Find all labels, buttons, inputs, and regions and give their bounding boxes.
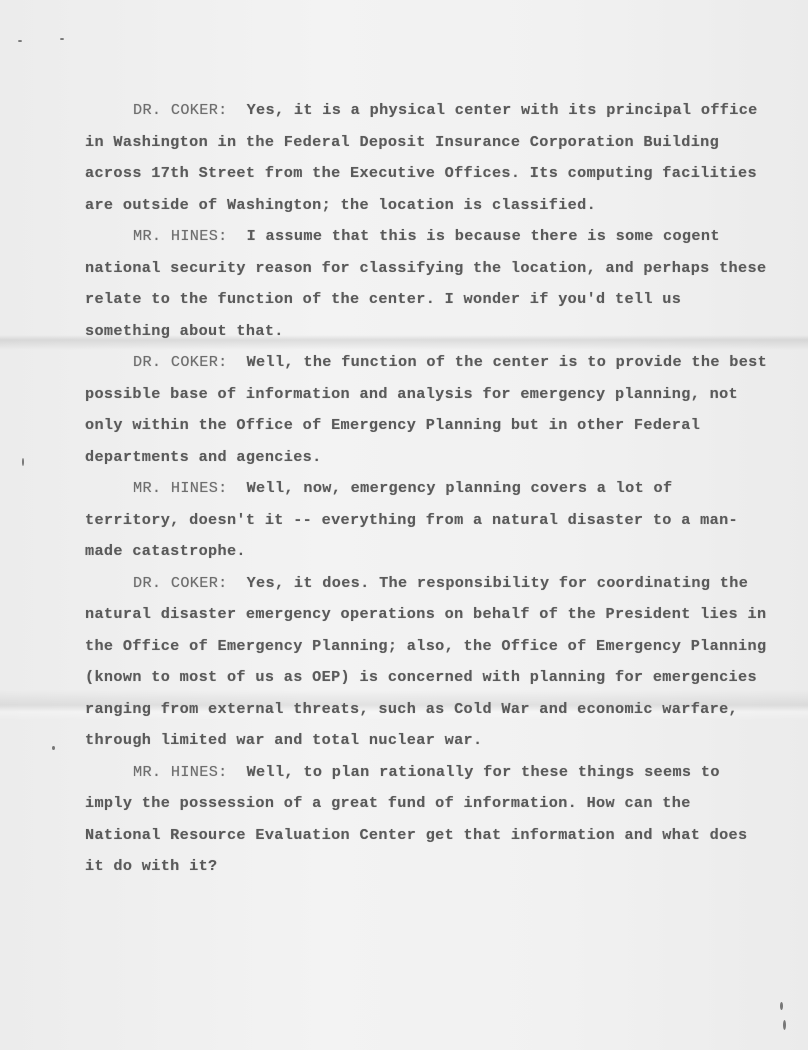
transcript-paragraph: MR. HINES: Well, now, emergency planning…: [85, 473, 775, 568]
speaker-label: MR. HINES:: [133, 763, 228, 781]
speaker-label: MR. HINES:: [133, 479, 228, 497]
ink-speck: [52, 746, 55, 750]
transcript-paragraph: DR. COKER: Yes, it is a physical center …: [85, 95, 775, 221]
ink-speck: [780, 1002, 783, 1010]
ink-speck: [18, 40, 22, 42]
ink-speck: [60, 38, 64, 40]
transcript-paragraph: DR. COKER: Yes, it does. The responsibil…: [85, 568, 775, 757]
transcript-paragraph: MR. HINES: Well, to plan rationally for …: [85, 757, 775, 883]
transcript-body: DR. COKER: Yes, it is a physical center …: [85, 95, 775, 883]
transcript-paragraph: MR. HINES: I assume that this is because…: [85, 221, 775, 347]
paragraph-text: Yes, it does. The responsibility for coo…: [85, 574, 766, 750]
speaker-label: MR. HINES:: [133, 227, 228, 245]
transcript-paragraph: DR. COKER: Well, the function of the cen…: [85, 347, 775, 473]
ink-speck: [783, 1020, 786, 1030]
ink-speck: [22, 458, 24, 466]
speaker-label: DR. COKER:: [133, 353, 228, 371]
speaker-label: DR. COKER:: [133, 101, 228, 119]
speaker-label: DR. COKER:: [133, 574, 228, 592]
scanned-page: DR. COKER: Yes, it is a physical center …: [0, 0, 808, 1050]
